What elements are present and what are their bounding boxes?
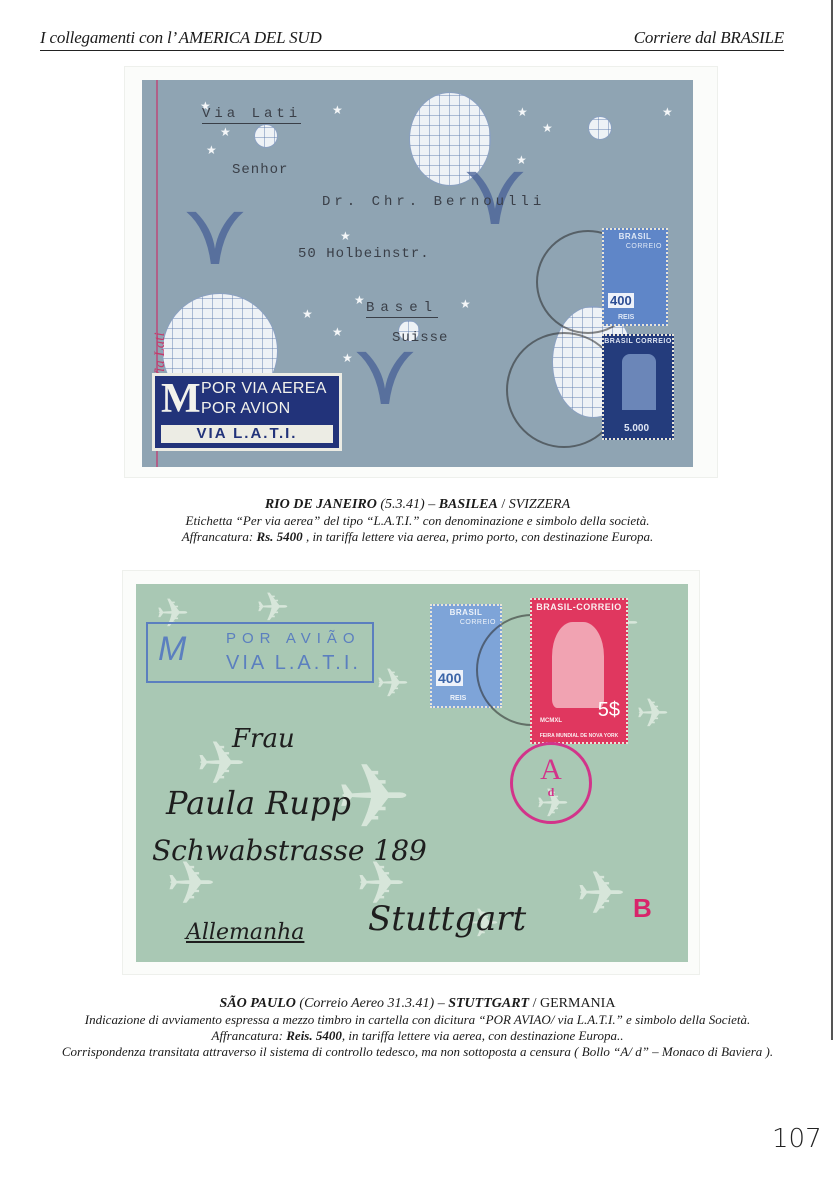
star-icon: ★ bbox=[332, 104, 343, 116]
header-section-title: I collegamenti con l’ AMERICA DEL SUD bbox=[40, 28, 322, 48]
caption1-sep: / bbox=[501, 497, 505, 512]
star-icon: ★ bbox=[517, 106, 528, 118]
typed-city: Basel bbox=[366, 300, 438, 318]
star-icon: ★ bbox=[460, 298, 471, 310]
stamp-country: BRASIL CORREIO bbox=[604, 338, 672, 345]
stamp-country: BRASIL bbox=[432, 608, 500, 617]
planet-icon bbox=[254, 124, 278, 148]
header-chapter-title: Corriere dal BRASILE bbox=[634, 28, 784, 48]
star-icon: ★ bbox=[332, 326, 343, 338]
stamp-year: MCMXL bbox=[540, 718, 562, 724]
caption1-line3: Affrancatura: Rs. 5400 , in tariffa lett… bbox=[0, 529, 835, 545]
censor-letter: A bbox=[513, 755, 589, 785]
hand-country: Allemanha bbox=[186, 920, 304, 945]
caption1-line2: Etichetta “Per via aerea” del tipo “L.A.… bbox=[0, 513, 835, 529]
stamp-value: 5.000 bbox=[624, 423, 649, 434]
caption1-date: (5.3.41) bbox=[380, 497, 424, 512]
caption1-country: SVIZZERA bbox=[509, 497, 570, 512]
airmail-label: M POR VIA AEREA POR AVION VIA L.A.T.I. bbox=[152, 373, 342, 451]
lati-logo-icon: M bbox=[158, 632, 186, 666]
caption2-origin: SÃO PAULO bbox=[220, 996, 296, 1011]
hand-title: Frau bbox=[232, 724, 295, 754]
stamp-portrait bbox=[622, 354, 656, 410]
stamp-value: 5$ bbox=[598, 699, 620, 722]
caption2-dash: – bbox=[438, 996, 445, 1011]
star-icon: ★ bbox=[342, 352, 353, 364]
stamp-400-reis: BRASIL CORREIO 400 REIS bbox=[602, 228, 668, 326]
stamp-value: 400 bbox=[608, 293, 634, 308]
caption1-line3-prefix: Affrancatura: bbox=[182, 529, 257, 544]
star-icon: ★ bbox=[206, 144, 217, 156]
caption1-line3-suffix: , in tariffa lettere via aerea, primo po… bbox=[303, 529, 654, 544]
airplane-icon: ✈ bbox=[376, 664, 410, 704]
por-aviao-box-stamp: M POR AVIÃO VIA L.A.T.I. bbox=[146, 622, 374, 683]
label-line2: POR AVION bbox=[201, 400, 291, 418]
airplane-icon: ✈ bbox=[636, 694, 670, 734]
label-line3: VIA L.A.T.I. bbox=[161, 425, 333, 443]
caption2: SÃO PAULO (Correio Aereo 31.3.41) – STUT… bbox=[0, 996, 835, 1060]
caption2-line4: Corrispondenza transitata attraverso il … bbox=[0, 1044, 835, 1060]
lati-logo-icon: M bbox=[161, 378, 201, 420]
hand-name: Paula Rupp bbox=[166, 784, 351, 822]
typed-name: Dr. Chr. Bernoulli bbox=[322, 194, 545, 210]
box-stamp-line2: VIA L.A.T.I. bbox=[226, 652, 361, 675]
caption2-sep: / bbox=[533, 996, 537, 1011]
stamp-5000-reis: BRASIL CORREIO 5.000 bbox=[602, 334, 674, 440]
stamp-country: BRASIL bbox=[604, 232, 666, 241]
caption1-rate: Rs. 5400 bbox=[256, 529, 302, 544]
stamp-inscription: FEIRA MUNDIAL DE NOVA YORK bbox=[534, 733, 624, 739]
typed-salutation: Senhor bbox=[232, 162, 288, 178]
star-icon: ★ bbox=[340, 230, 351, 242]
star-icon: ★ bbox=[662, 106, 673, 118]
caption2-destination: STUTTGART bbox=[448, 996, 529, 1011]
hand-city: Stuttgart bbox=[368, 899, 526, 939]
b-mark: B bbox=[633, 893, 652, 924]
censor-mark: A d bbox=[510, 742, 592, 824]
star-icon: ★ bbox=[354, 294, 365, 306]
star-icon: ★ bbox=[302, 308, 313, 320]
caption2-note: (Correio Aereo 31.3.41) bbox=[299, 996, 434, 1011]
caption2-line3: Affrancatura: Reis. 5400, in tariffa let… bbox=[0, 1028, 835, 1044]
caption1-dash: – bbox=[428, 497, 435, 512]
stamp-value: 400 bbox=[436, 670, 463, 686]
caption2-line2: Indicazione di avviamento espressa a mez… bbox=[0, 1012, 835, 1028]
hand-street: Schwabstrasse 189 bbox=[152, 834, 427, 867]
caption1-destination: BASILEA bbox=[439, 497, 498, 512]
box-stamp-line1: POR AVIÃO bbox=[226, 630, 361, 647]
planet-icon bbox=[588, 116, 612, 140]
star-icon: ★ bbox=[516, 154, 527, 166]
caption2-rate: Reis. 5400 bbox=[286, 1028, 342, 1043]
label-line1: POR VIA AEREA bbox=[201, 380, 327, 398]
stamp-5-mil-reis: BRASIL-CORREIO 5$ MCMXL FEIRA MUNDIAL DE… bbox=[530, 598, 628, 744]
stamp-country: BRASIL-CORREIO bbox=[532, 602, 626, 612]
page-header: I collegamenti con l’ AMERICA DEL SUD Co… bbox=[40, 26, 784, 51]
caption1: RIO DE JANEIRO (5.3.41) – BASILEA / SVIZ… bbox=[0, 497, 835, 545]
eagle-icon: ⋎ bbox=[182, 190, 248, 280]
typed-country: Suisse bbox=[392, 330, 448, 346]
star-icon: ★ bbox=[542, 122, 553, 134]
airplane-icon: ✈ bbox=[576, 864, 626, 924]
stamp-sub: CORREIO bbox=[604, 243, 666, 250]
page-number: 107 bbox=[772, 1124, 822, 1154]
caption2-line3-suffix: , in tariffa lettere via aerea, con dest… bbox=[342, 1028, 624, 1043]
typed-street: 50 Holbeinstr. bbox=[298, 246, 430, 262]
stamp-portrait bbox=[552, 622, 604, 708]
stamp-unit: REIS bbox=[450, 695, 466, 702]
stamp-unit: REIS bbox=[618, 314, 634, 321]
star-icon: ★ bbox=[220, 126, 231, 138]
caption1-origin: RIO DE JANEIRO bbox=[265, 497, 377, 512]
typed-via: Via Lati bbox=[202, 106, 301, 124]
caption2-line3-prefix: Affrancatura: bbox=[212, 1028, 287, 1043]
caption2-country: GERMANIA bbox=[540, 996, 615, 1011]
stamp-sub: CORREIO bbox=[432, 619, 500, 626]
censor-sub: d bbox=[513, 785, 589, 800]
